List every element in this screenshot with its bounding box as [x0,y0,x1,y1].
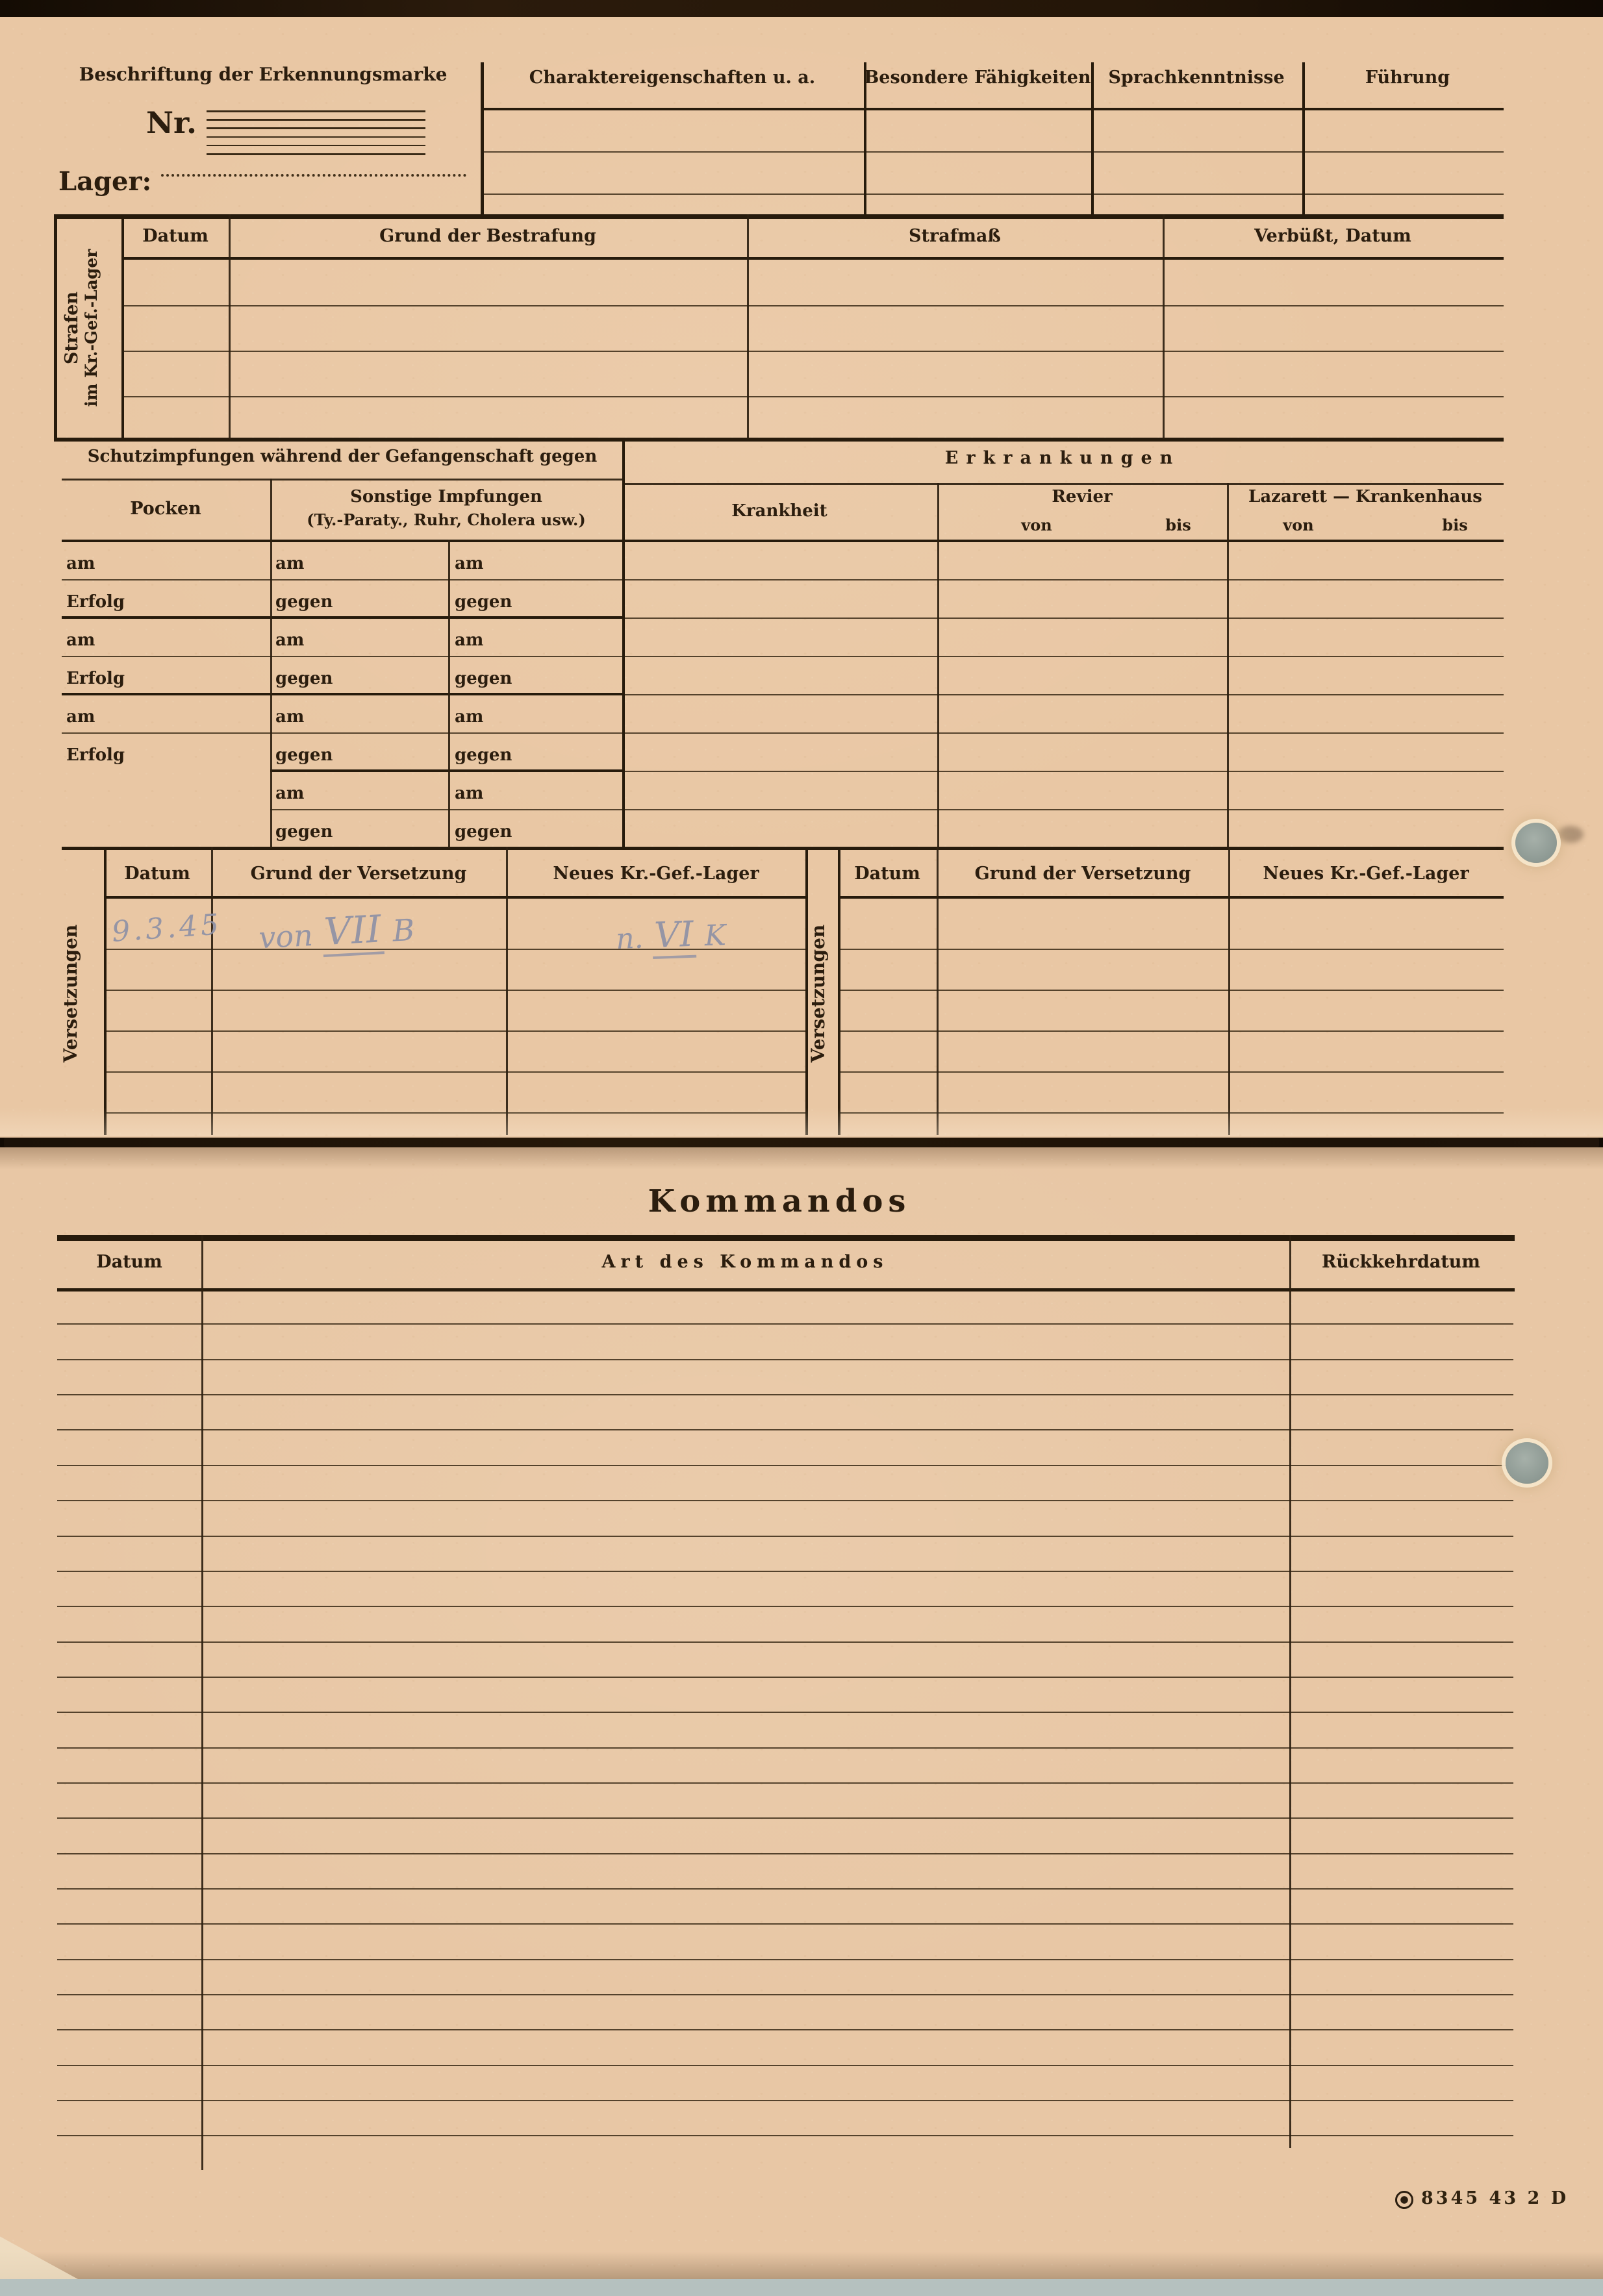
rule-line [622,732,1504,734]
punishments-col-reason: Grund der Bestrafung [379,226,596,246]
lazarett-von-label: von [1283,516,1313,534]
rule-line [104,1030,805,1032]
rule-line [104,1071,805,1073]
vacc-cell-label: am [66,707,95,727]
rule-line [57,1536,1513,1537]
rule-line [481,193,1504,195]
rule-line [104,990,805,991]
assessment-col-conduct: Führung [1365,68,1450,88]
rule-line [201,1235,203,2170]
rule-line [57,1747,1513,1749]
vacc-cell-label: gegen [275,822,333,842]
rule-line [622,483,1504,485]
krankheit-label: Krankheit [731,501,827,521]
rule-line [622,438,625,848]
rule-line [57,1959,1513,1960]
transfers-left-col-newcamp: Neues Kr.-Gef.-Lager [553,864,759,884]
rule-line [481,108,1504,110]
rule-line [57,1500,1513,1501]
vacc-cell-label: am [275,630,304,650]
rule-line [207,110,425,112]
rule-line [207,136,425,138]
rule-line [121,351,1504,352]
card-edge-shadow [0,1147,1603,1169]
rule-line [62,616,622,619]
rule-line [54,214,57,439]
vacc-cell-label: gegen [275,669,333,688]
vacc-cell-label: am [455,630,483,650]
vacc-cell-label: gegen [455,592,512,612]
bottom-shadow [0,2252,1603,2279]
rule-line [57,1888,1513,1890]
rule-line [1227,483,1229,848]
vacc-cell-label: am [275,784,304,803]
revier-von-label: von [1021,516,1052,534]
rule-line [57,1677,1513,1678]
rule-line [229,214,231,439]
rule-line [207,119,425,121]
rule-line [207,127,425,129]
rule-line [211,847,213,1135]
vacc-cell-label: Erfolg [66,745,125,765]
rule-line [121,257,1504,260]
rule-line [57,2065,1513,2066]
rule-line [1228,847,1230,1135]
vacc-cell-label: Erfolg [66,592,125,612]
rule-line [62,693,622,695]
rule-line [747,214,749,439]
rule-line [57,1323,1513,1325]
vacc-cell-label: am [455,784,483,803]
rule-line [270,479,272,848]
card-edge-highlight [0,1108,1603,1136]
rule-line [121,396,1504,397]
punishments-col-date: Datum [142,226,208,246]
rule-line [57,2029,1513,2030]
revier-label: Revier [1052,487,1112,506]
rule-line [62,656,622,657]
rule-line [57,1712,1513,1713]
vacc-cell-label: gegen [275,745,333,765]
rule-line [57,1288,1515,1291]
rule-line [104,896,805,899]
sonstige-sublabel: (Ty.-Paraty., Ruhr, Cholera usw.) [307,510,585,529]
rule-line [57,1994,1513,1995]
rule-line [270,769,622,772]
vacc-cell-label: am [455,554,483,573]
rule-line [1091,62,1094,216]
rule-line [1289,1235,1291,2148]
rule-line [622,579,1504,580]
scanner-background-strip [0,2279,1603,2296]
vacc-cell-label: gegen [275,592,333,612]
rule-line [622,694,1504,695]
rule-line [62,479,622,480]
rule-line [57,1782,1513,1784]
handwritten-reason: von VII B [257,905,415,957]
kommandos-col-date: Datum [96,1252,162,1272]
vacc-cell-label: gegen [455,669,512,688]
rule-line [62,579,622,580]
rule-line [121,214,124,439]
vaccinations-title: Schutzimpfungen während der Gefangenscha… [88,447,598,466]
rule-line [57,1853,1513,1854]
assessment-col-abilities: Besondere Fähigkeiten [864,68,1091,88]
lower-card [0,1147,1603,2279]
rule-line [937,847,939,1135]
lazarett-bis-label: bis [1442,516,1467,534]
hole-punch-lower [1506,1442,1548,1484]
rule-line [481,151,1504,153]
rule-line [57,1235,1515,1241]
scan-top-edge [0,0,1603,17]
vacc-cell-label: am [66,630,95,650]
vacc-cell-label: am [455,707,483,727]
rule-line [1163,214,1165,439]
rule-line [937,483,939,848]
rule-line [121,305,1504,306]
rule-line [57,1429,1513,1430]
vacc-cell-label: am [275,707,304,727]
rule-line [54,214,1504,219]
rule-line [57,1923,1513,1925]
rule-line [1302,62,1305,216]
vacc-cell-label: gegen [455,745,512,765]
kommandos-col-return: Rückkehrdatum [1322,1252,1480,1272]
rule-line [104,847,107,1135]
rule-line [838,847,840,1135]
rule-line [448,540,450,848]
lager-label: Lager: [58,166,151,197]
rule-line [622,771,1504,772]
rule-line [481,62,484,216]
transfers-left-side-label: Versetzungen [60,896,86,1091]
punishments-col-served: Verbüßt, Datum [1254,226,1411,246]
print-emblem-icon [1395,2191,1413,2209]
kommandos-title: Kommandos [648,1183,911,1219]
punishments-side-label: Strafen im Kr.-Gef.-Lager [62,231,114,425]
rule-line [57,1465,1513,1466]
transfers-right-side-label: Versetzungen [807,896,833,1091]
rule-line [57,2135,1513,2136]
kommandos-col-type: Art des Kommandos [602,1252,889,1272]
rule-line [62,540,1504,542]
hole-smudge [1558,826,1584,843]
rule-line [57,1571,1513,1572]
lager-fill-line [161,174,466,177]
rule-line [622,809,1504,810]
vacc-cell-label: am [66,554,95,573]
rule-line [57,1606,1513,1607]
rule-line [57,1817,1513,1819]
transfers-right-col-reason: Grund der Versetzung [975,864,1191,884]
handwritten-newcamp: n. VI K [615,912,727,957]
rule-line [57,1641,1513,1643]
vacc-cell-label: Erfolg [66,669,125,688]
assessment-col-character: Charaktereigenschaften u. a. [529,68,815,88]
transfers-left-col-reason: Grund der Versetzung [251,864,467,884]
assessment-col-languages: Sprachkenntnisse [1108,68,1284,88]
rule-line [62,847,1504,850]
rule-line [622,618,1504,619]
id-block-title: Beschriftung der Erkennungsmarke [79,64,448,85]
scanned-document: Beschriftung der Erkennungsmarke Nr. Lag… [0,0,1603,2296]
upper-card-bottom-edge [4,1138,1599,1147]
rule-line [62,732,622,734]
pocken-label: Pocken [130,499,201,519]
punishments-col-sentence: Strafmaß [909,226,1001,246]
rule-line [506,847,508,1135]
nr-label: Nr. [146,105,197,140]
transfers-right-col-newcamp: Neues Kr.-Gef.-Lager [1263,864,1469,884]
upper-card [0,17,1603,1138]
revier-bis-label: bis [1165,516,1191,534]
transfers-left-col-date: Datum [124,864,190,884]
vacc-cell-label: am [275,554,304,573]
lazarett-label: Lazarett — Krankenhaus [1248,487,1482,506]
print-code: 8345 43 2 D [1421,2188,1569,2208]
rule-line [57,2100,1513,2101]
vacc-cell-label: gegen [455,822,512,842]
illnesses-title: Erkrankungen [945,448,1181,468]
rule-line [270,809,622,810]
rule-line [57,1394,1513,1395]
rule-line [207,145,425,147]
rule-line [57,1359,1513,1360]
rule-line [207,153,425,155]
hole-punch-upper [1515,823,1557,863]
rule-line [622,656,1504,657]
sonstige-label: Sonstige Impfungen [350,487,542,506]
transfers-right-col-date: Datum [854,864,920,884]
rule-line [54,438,1504,442]
